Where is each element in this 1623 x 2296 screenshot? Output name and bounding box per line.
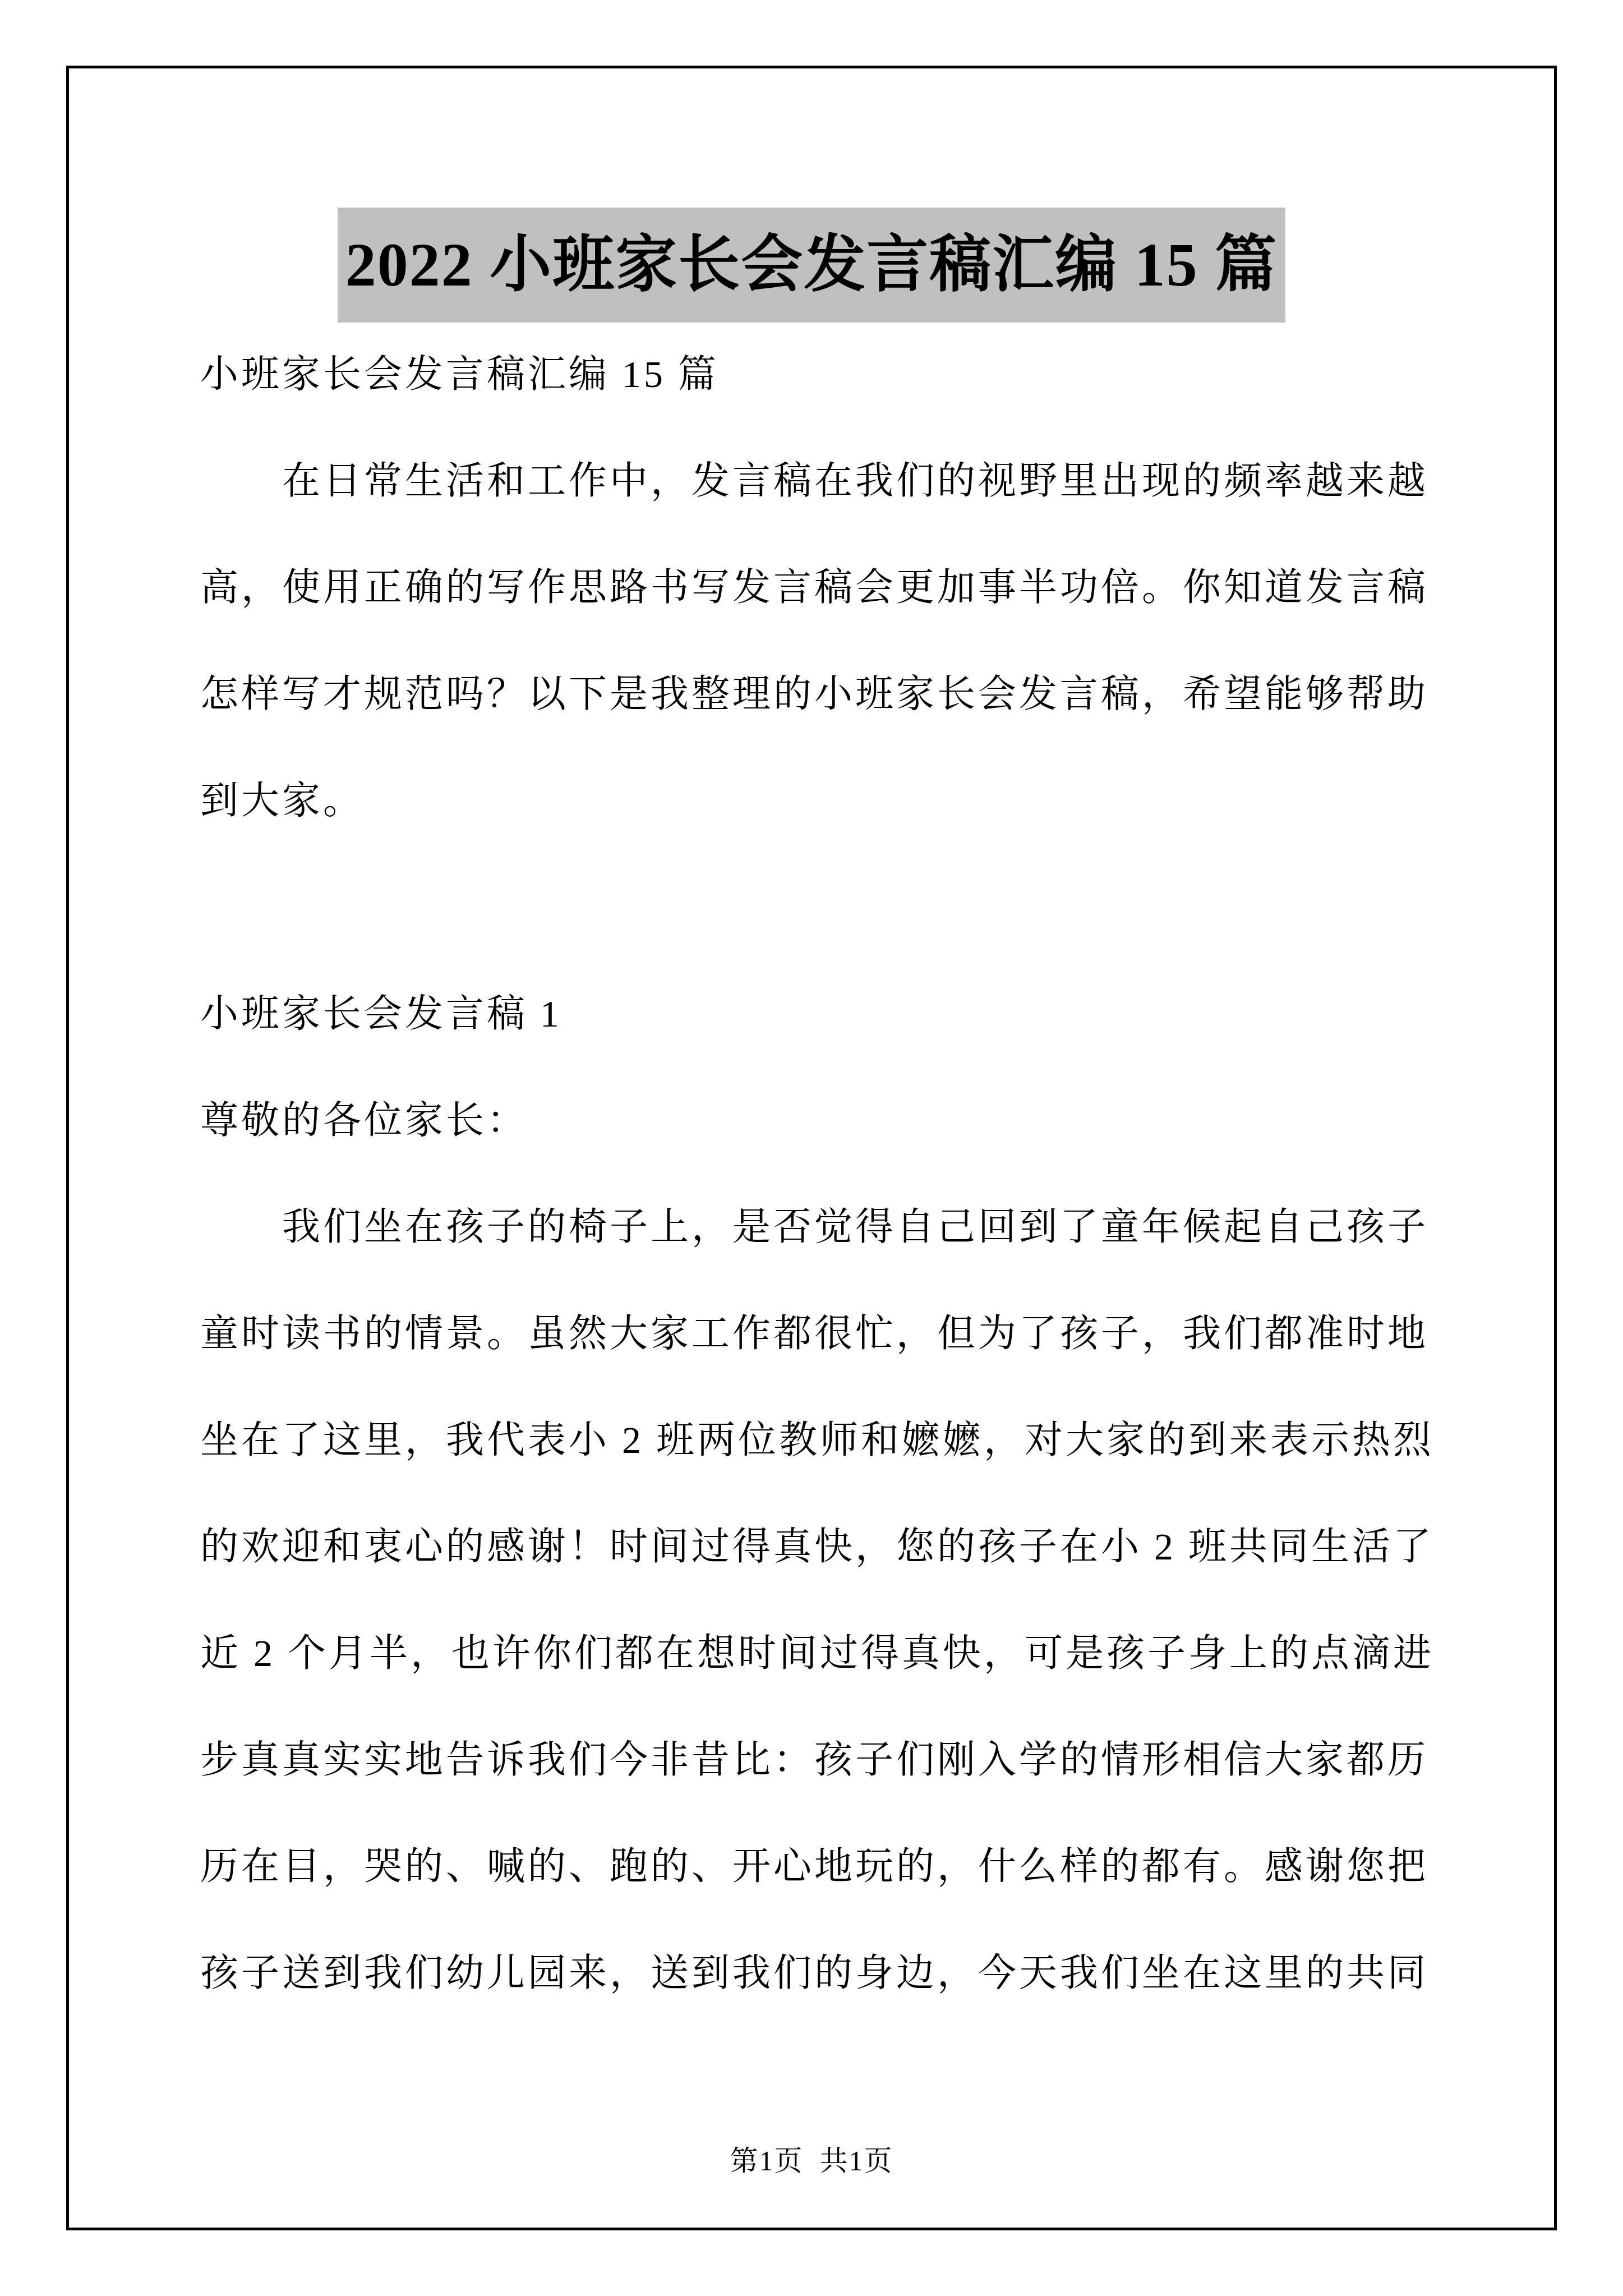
text-line: 童时读书的情景。虽然大家工作都很忙，但为了孩子，我们都准时地	[200, 1280, 1434, 1387]
text-line: 小班家长会发言稿汇编 15 篇	[200, 321, 1434, 427]
text-line: 历在目，哭的、喊的、跑的、开心地玩的，什么样的都有。感谢您把	[200, 1813, 1434, 1920]
text-line: 坐在了这里，我代表小 2 班两位教师和嬷嬷，对大家的到来表示热烈	[200, 1387, 1434, 1493]
text-line: 到大家。	[200, 747, 1434, 854]
text-line: 近 2 个月半，也许你们都在想时间过得真快，可是孩子身上的点滴进	[200, 1600, 1434, 1706]
text-line: 尊敬的各位家长：	[200, 1067, 1434, 1174]
text-line: 怎样写才规范吗？以下是我整理的小班家长会发言稿，希望能够帮助	[200, 641, 1434, 747]
page-footer: 第1页 共1页	[0, 2138, 1623, 2179]
text-line: 在日常生活和工作中，发言稿在我们的视野里出现的频率越来越	[200, 427, 1434, 534]
text-line: 孩子送到我们幼儿园来，送到我们的身边，今天我们坐在这里的共同	[200, 1920, 1434, 2026]
document-body: 小班家长会发言稿汇编 15 篇在日常生活和工作中，发言稿在我们的视野里出现的频率…	[200, 321, 1434, 2026]
blank-line	[200, 854, 1434, 960]
text-line: 步真真实实地告诉我们今非昔比：孩子们刚入学的情形相信大家都历	[200, 1706, 1434, 1813]
text-line: 的欢迎和衷心的感谢！时间过得真快，您的孩子在小 2 班共同生活了	[200, 1493, 1434, 1600]
document-page: { "page": { "footer": "第1页 共1页", "highli…	[0, 0, 1623, 2296]
text-line: 高，使用正确的写作思路书写发言稿会更加事半功倍。你知道发言稿	[200, 534, 1434, 641]
text-line: 小班家长会发言稿 1	[200, 960, 1434, 1067]
document-title: 2022 小班家长会发言稿汇编 15 篇	[338, 208, 1286, 323]
text-line: 我们坐在孩子的椅子上，是否觉得自己回到了童年候起自己孩子	[200, 1174, 1434, 1280]
title-row: 2022 小班家长会发言稿汇编 15 篇	[0, 208, 1623, 323]
